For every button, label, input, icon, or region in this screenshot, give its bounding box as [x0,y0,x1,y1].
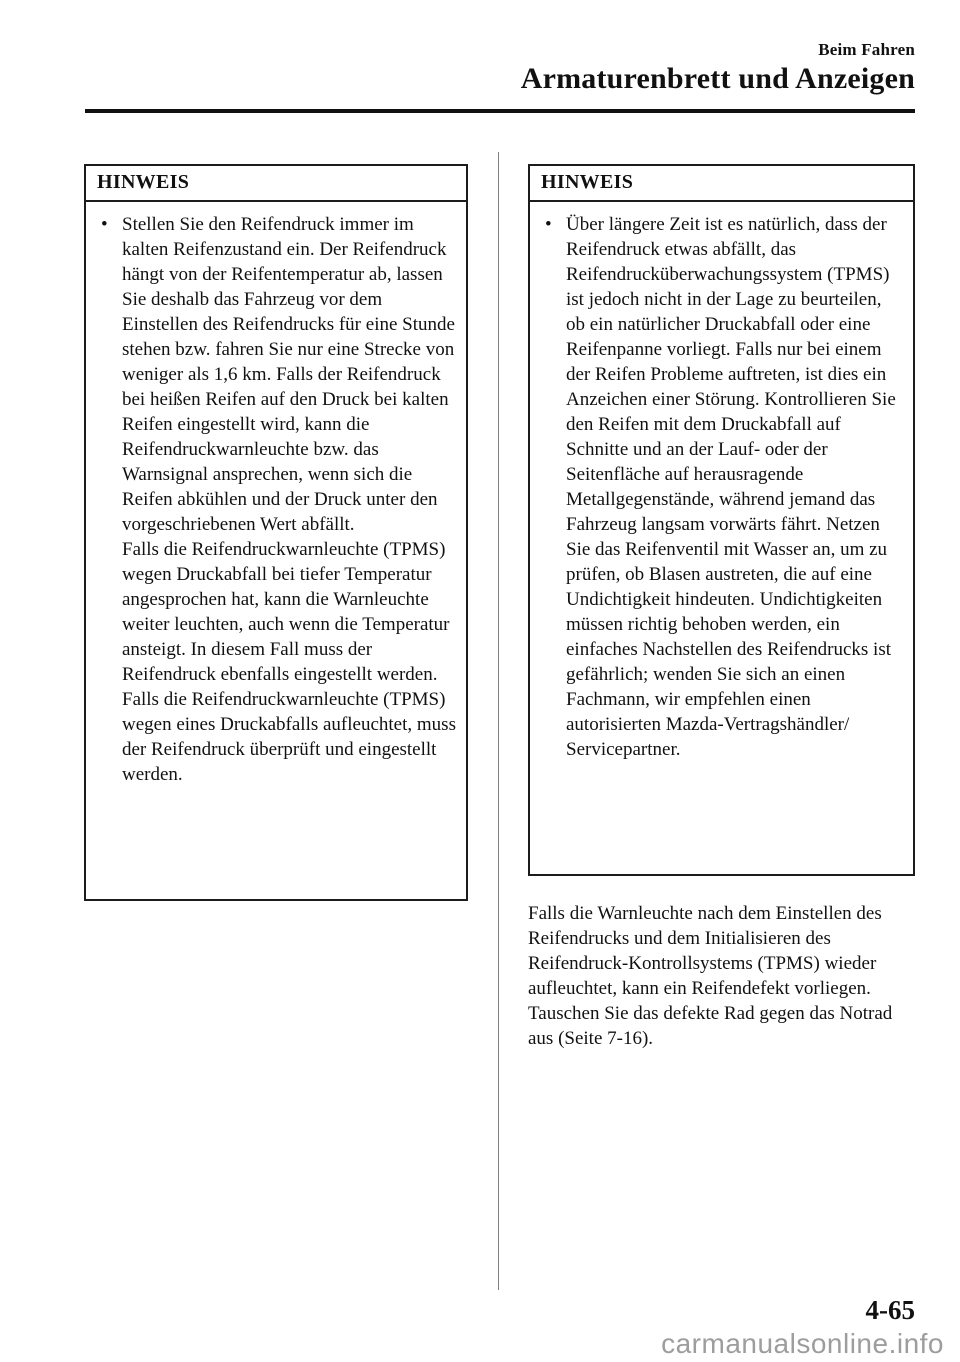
manual-page: Beim Fahren Armaturenbrett und Anzeigen … [0,0,960,1362]
watermark-text: carmanualsonline.info [661,1328,944,1360]
note-text: Über längere Zeit ist es natürlich, dass… [566,212,903,762]
note-paragraph: Falls die Reifendruckwarnleuchte (TPMS) … [122,537,456,787]
note-body: • Stellen Sie den Reifendruck immer im k… [86,202,466,787]
note-title: HINWEIS [86,166,466,202]
body-paragraph: Falls die Warnleuchte nach dem Einstelle… [528,901,918,1051]
note-box-right: HINWEIS • Über längere Zeit ist es natür… [528,164,915,876]
section-eyebrow: Beim Fahren [818,40,915,60]
list-item: • Stellen Sie den Reifendruck immer im k… [98,212,456,787]
bullet-icon: • [98,212,122,787]
column-divider [498,152,499,1290]
page-title: Armaturenbrett und Anzeigen [521,62,915,96]
header-rule [85,109,915,113]
note-text: Stellen Sie den Reifendruck immer im kal… [122,212,456,787]
note-box-left: HINWEIS • Stellen Sie den Reifendruck im… [84,164,468,901]
note-paragraph: Über längere Zeit ist es natürlich, dass… [566,212,903,762]
note-title: HINWEIS [530,166,913,202]
note-body: • Über längere Zeit ist es natürlich, da… [530,202,913,762]
page-number: 4-65 [866,1295,916,1326]
list-item: • Über längere Zeit ist es natürlich, da… [542,212,903,762]
note-paragraph: Stellen Sie den Reifendruck immer im kal… [122,212,456,537]
bullet-icon: • [542,212,566,762]
